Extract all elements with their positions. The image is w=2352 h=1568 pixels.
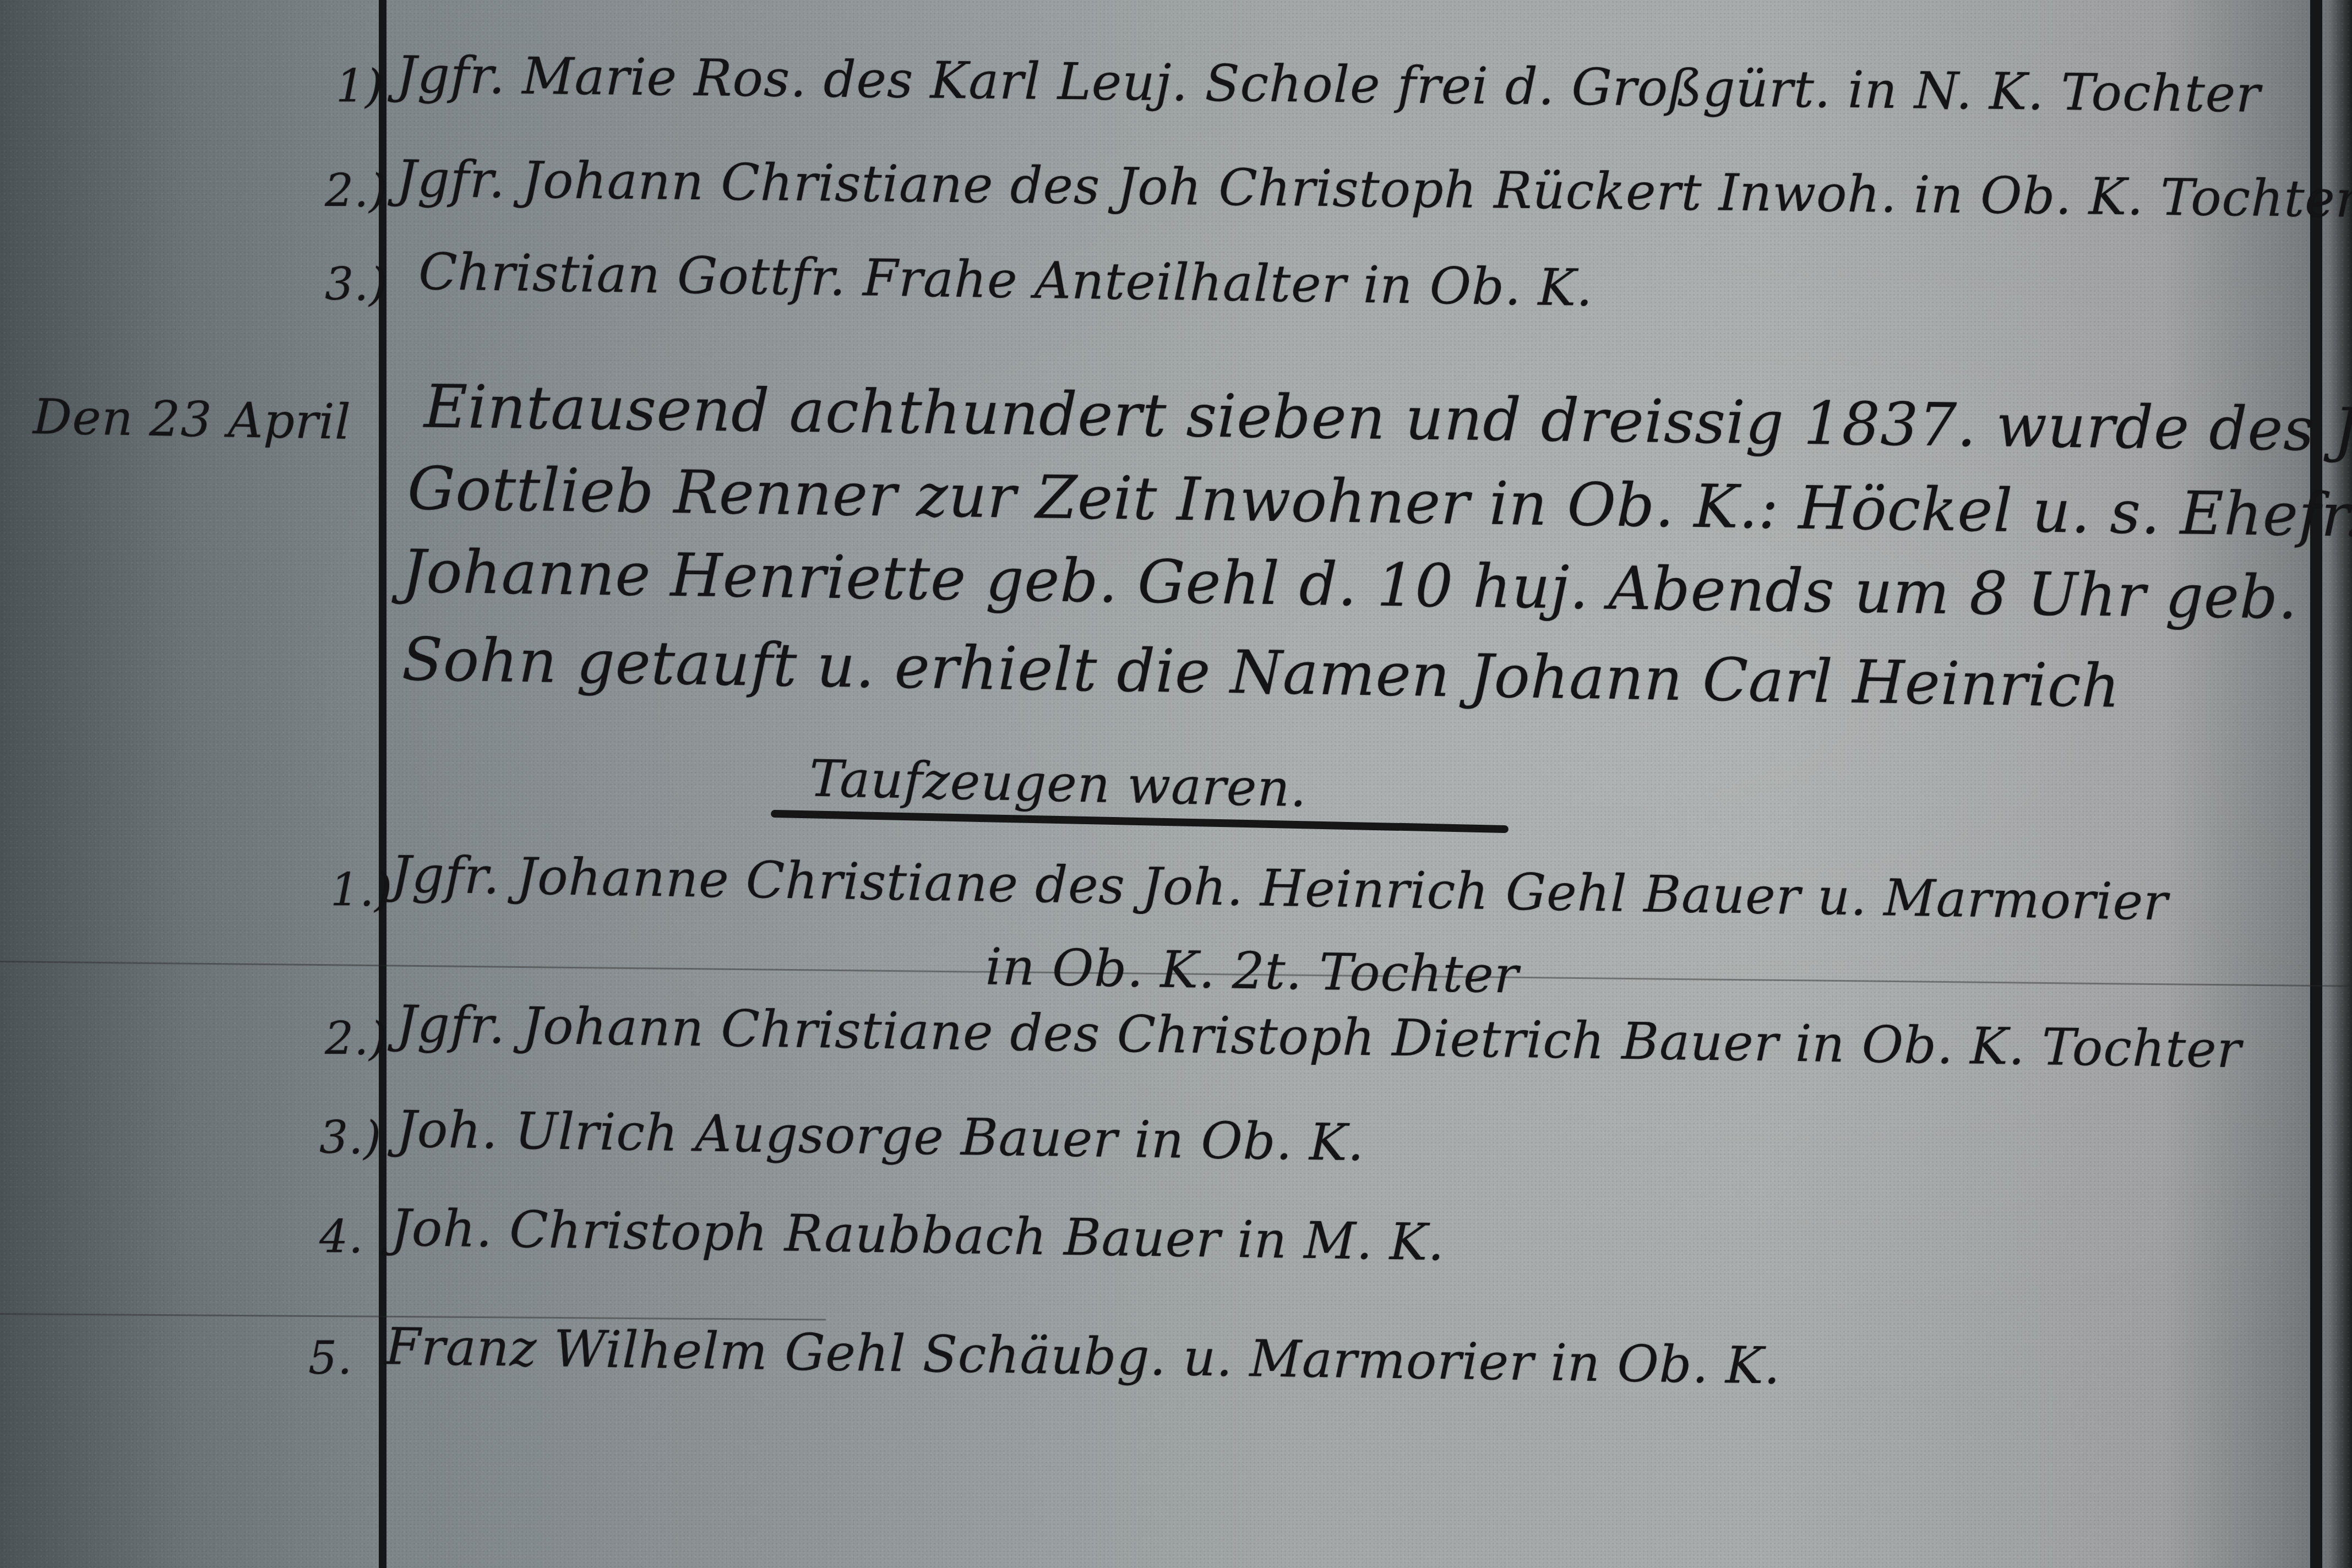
sponsor-number: 1) xyxy=(336,61,383,113)
sponsor-number: 4. xyxy=(319,1211,363,1264)
sponsor-number: 2.) xyxy=(325,165,387,217)
sponsor-number: 5. xyxy=(308,1332,352,1385)
sponsors-heading: Taufzeugen waren. xyxy=(809,749,1308,819)
sponsor-number: 2.) xyxy=(325,1013,387,1065)
sponsor-number: 3.) xyxy=(319,1112,382,1164)
sponsor-number: 3.) xyxy=(325,259,387,311)
entry-date: Den 23 April xyxy=(32,388,351,450)
register-page: 1) Jgfr. Marie Ros. des Karl Leuj. Schol… xyxy=(0,0,2352,1568)
margin-rule-right xyxy=(2310,0,2322,1568)
sponsor-number: 1.) xyxy=(330,864,393,917)
sponsor-line-cont: in Ob. K. 2t. Tochter xyxy=(985,937,1519,1004)
